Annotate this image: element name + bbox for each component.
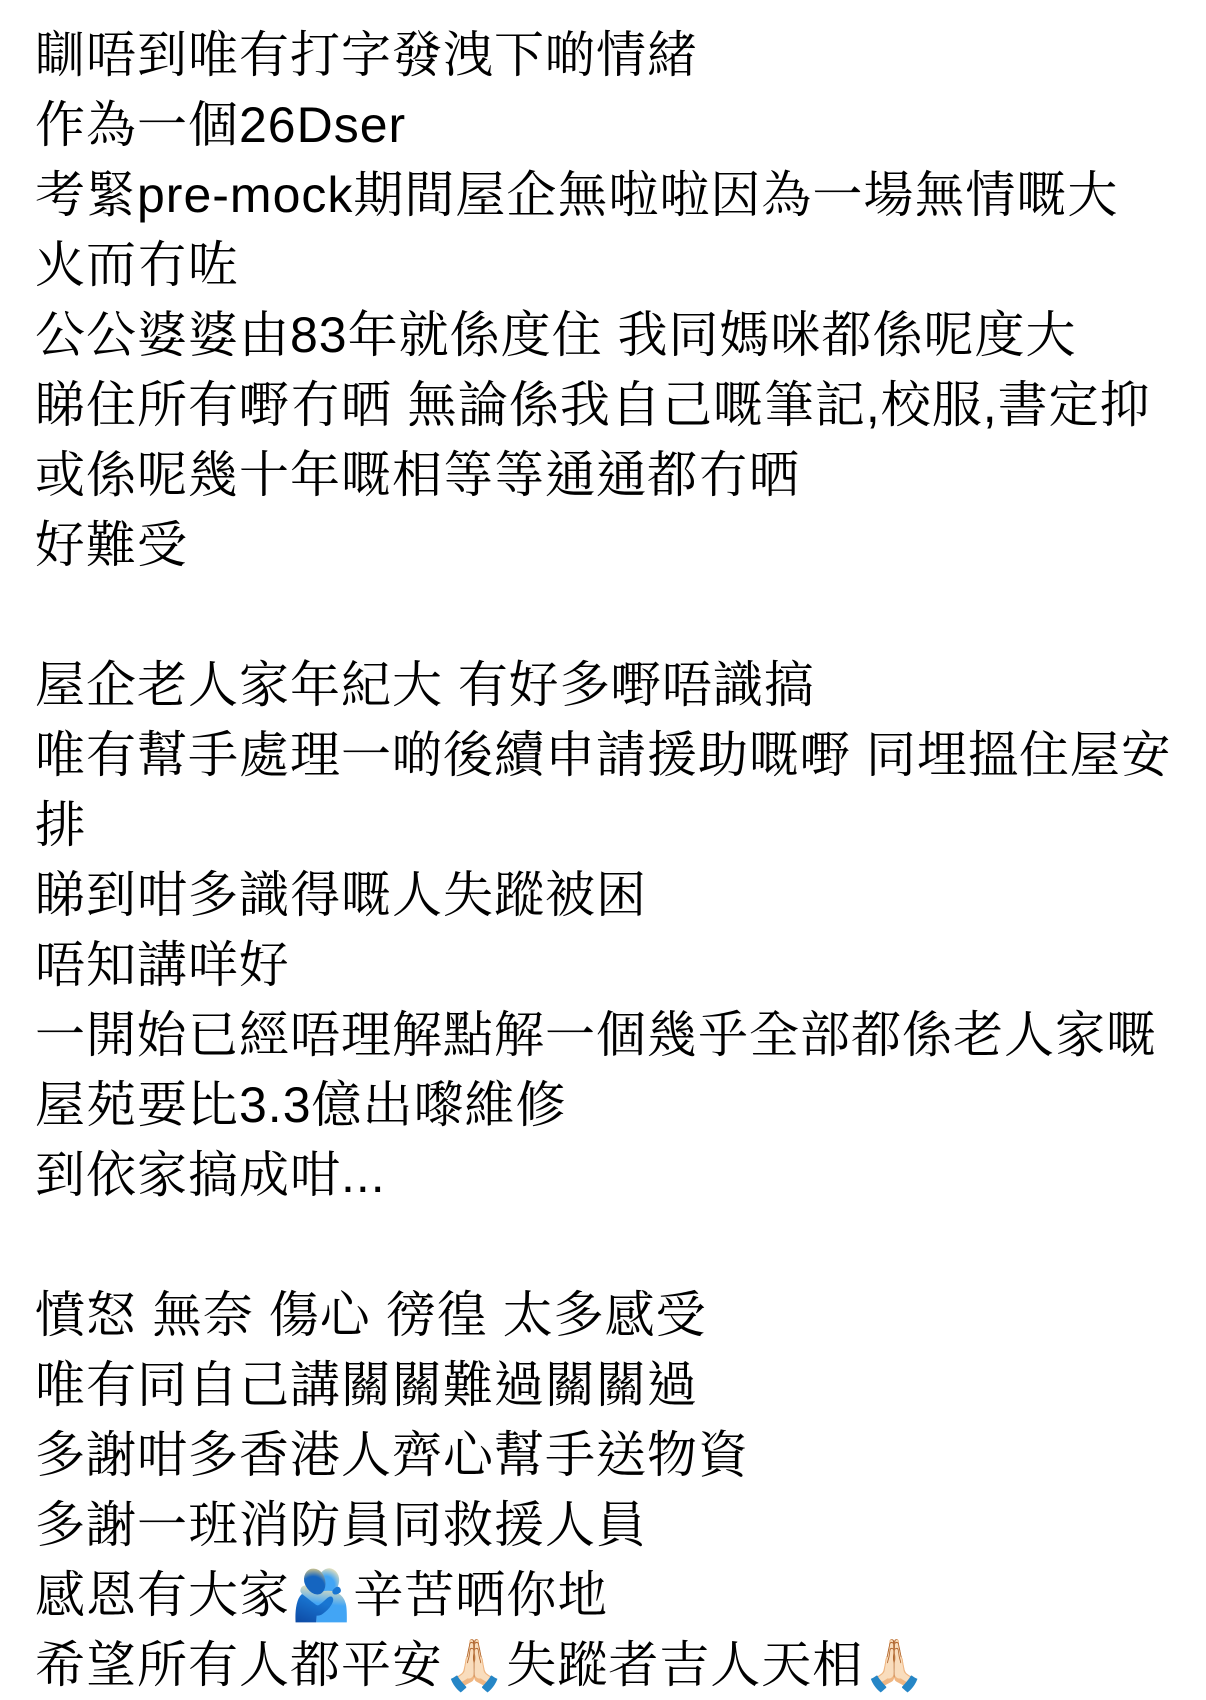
post-line: 憤怒 無奈 傷心 徬徨 太多感受 <box>35 1280 1178 1350</box>
post-line: 多謝咁多香港人齊心幫手送物資 <box>35 1420 1178 1490</box>
post-line: 或係呢幾十年嘅相等等通通都冇晒 <box>35 440 1178 510</box>
post-line: 屋苑要比3.3億出嚟維修 <box>35 1070 1178 1140</box>
post-line: 多謝一班消防員同救援人員 <box>35 1490 1178 1560</box>
post-line: 火而冇咗 <box>35 230 1178 300</box>
post-line: 唔知講咩好 <box>35 930 1178 1000</box>
post-line: 排 <box>35 790 1178 860</box>
post-line: 考緊pre-mock期間屋企無啦啦因為一場無情嘅大 <box>35 160 1178 230</box>
post-line: 公公婆婆由83年就係度住 我同媽咪都係呢度大 <box>35 300 1178 370</box>
post-line: 好難受 <box>35 510 1178 580</box>
paragraph-gap <box>35 580 1178 650</box>
post-line: 睇到咁多識得嘅人失蹤被困 <box>35 860 1178 930</box>
post-line: 到依家搞成咁... <box>35 1140 1178 1210</box>
post-line-with-hug-emoji: 感恩有大家🫂辛苦晒你地 <box>35 1560 1178 1630</box>
post-line: 睇住所有嘢冇晒 無論係我自己嘅筆記,校服,書定抑 <box>35 370 1178 440</box>
post-line: 作為一個26Dser <box>35 90 1178 160</box>
paragraph-gap <box>35 1210 1178 1280</box>
post-body: 瞓唔到唯有打字發洩下啲情緒 作為一個26Dser 考緊pre-mock期間屋企無… <box>0 0 1206 1700</box>
post-line: 瞓唔到唯有打字發洩下啲情緒 <box>35 20 1178 90</box>
post-line: 唯有幫手處理一啲後續申請援助嘅嘢 同埋搵住屋安 <box>35 720 1178 790</box>
post-line: 唯有同自己講關關難過關關過 <box>35 1350 1178 1420</box>
post-line-with-pray-emoji: 希望所有人都平安🙏🏻失蹤者吉人天相🙏🏻 <box>35 1630 1178 1700</box>
post-line: 一開始已經唔理解點解一個幾乎全部都係老人家嘅 <box>35 1000 1178 1070</box>
post-line: 屋企老人家年紀大 有好多嘢唔識搞 <box>35 650 1178 720</box>
